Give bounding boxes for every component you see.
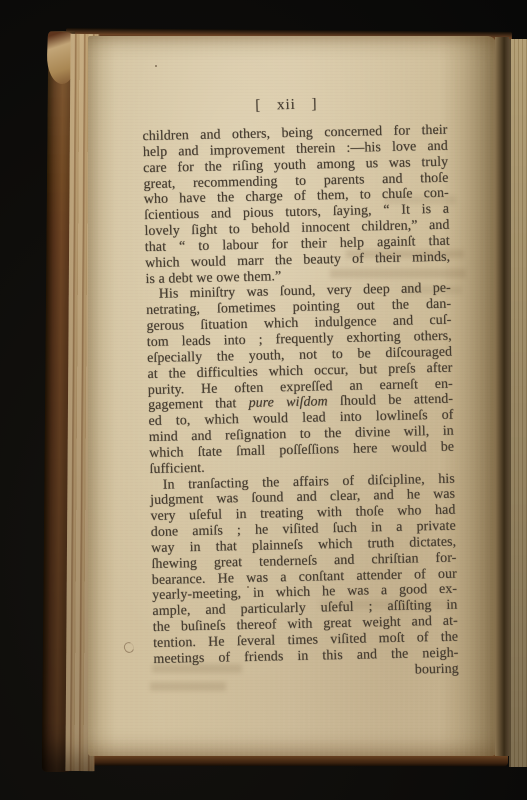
page-gutter-shadow: [495, 37, 509, 756]
page-text: children and others, being concerned for…: [142, 123, 459, 684]
facing-page-edges: [509, 39, 527, 767]
photo-backdrop: [ xii ] children and others, being conce…: [0, 0, 527, 800]
page-number-header: [ xii ]: [82, 93, 491, 119]
book-page: [ xii ] children and others, being conce…: [88, 36, 497, 756]
printed-content: [ xii ] children and others, being conce…: [81, 32, 505, 760]
